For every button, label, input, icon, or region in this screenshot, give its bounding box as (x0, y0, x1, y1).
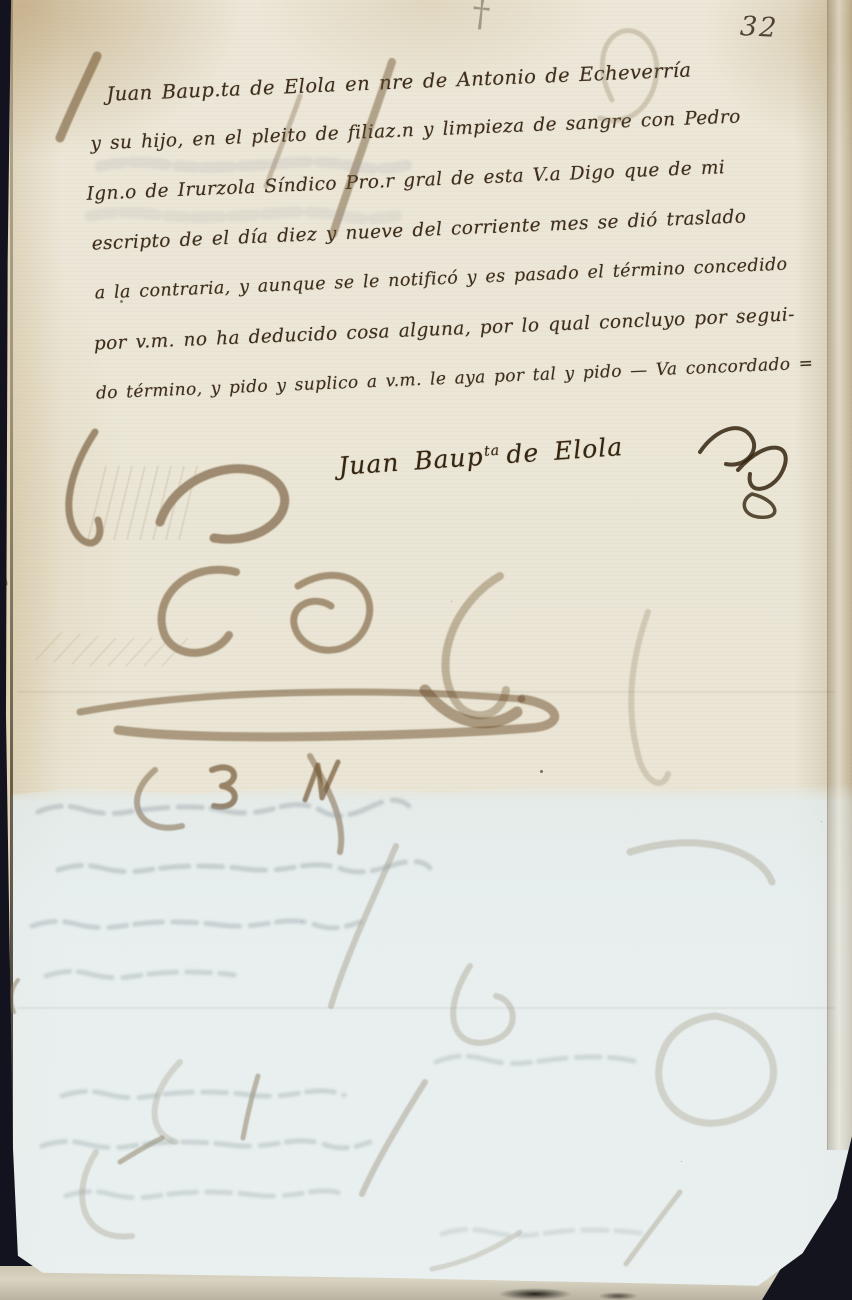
ink-blot-bottom-2 (598, 1292, 638, 1300)
manuscript-page: † 32 Juan Baup.ta de Elola en nre de Ant… (0, 0, 852, 1300)
fold-crease (17, 690, 835, 694)
fold-crease (17, 1006, 835, 1010)
signature: Juan Bauptade Elola (337, 432, 624, 481)
manuscript-text-block: Juan Baup.ta de Elola en nre de Antonio … (80, 54, 800, 433)
invocation-cross-mark: † (470, 0, 492, 36)
signature-name: Juan Baup (337, 442, 484, 481)
cool-tone-band (0, 782, 852, 1300)
signature-rubric-flourish (700, 428, 786, 517)
signature-superscript: ta (484, 442, 501, 459)
folio-number: 32 (739, 11, 779, 44)
ink-blot-bottom (498, 1288, 572, 1300)
binding-edge-line (10, 0, 13, 1300)
hatch-marks (36, 466, 197, 666)
page-stack-edge (827, 0, 852, 1150)
signature-rest: de Elola (505, 432, 624, 469)
manuscript-scan: { "document": { "kind": "handwritten Spa… (0, 0, 852, 1300)
